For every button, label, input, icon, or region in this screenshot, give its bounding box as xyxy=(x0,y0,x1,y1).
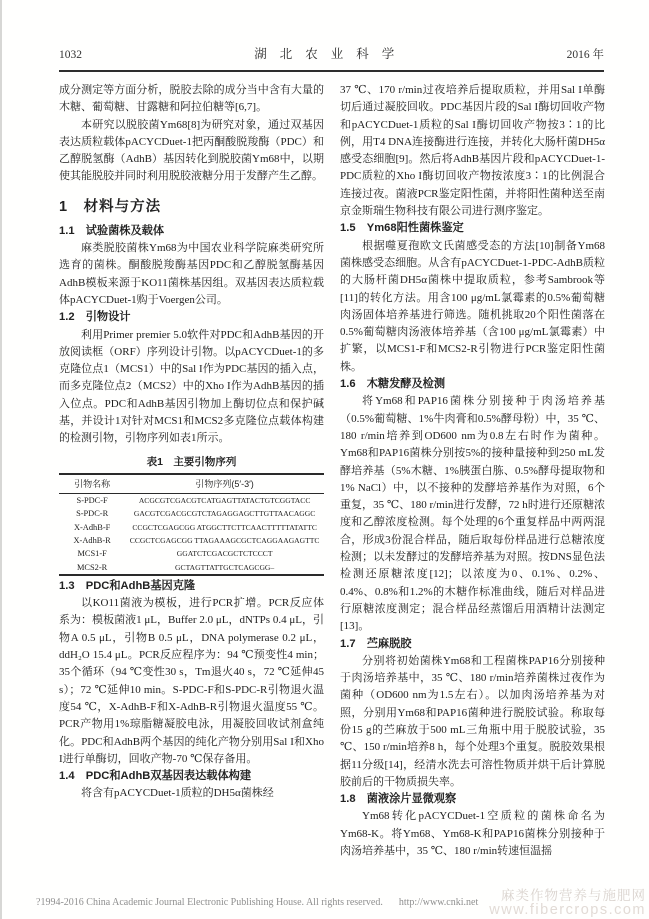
section-1-8-heading: 1.8 菌液涂片显微观察 xyxy=(340,791,605,808)
table-header-primer-name: 引物名称 xyxy=(59,474,125,494)
table-row: MCS1-F GGATCTCGACGCTCTCCCT xyxy=(59,547,324,560)
year-label: 2016 年 xyxy=(567,46,604,62)
section-1-6-text: 将Ym68和PAP16菌株分别接种于肉汤培养基（0.5%葡萄糖、1%牛肉膏和0.… xyxy=(340,393,605,635)
section-1-6-heading: 1.6 木糖发酵及检测 xyxy=(340,376,605,393)
primer-table: 引物名称 引物序列(5′-3′) S-PDC-F ACGCGTCGACGTCAT… xyxy=(59,473,324,576)
table-header-row: 引物名称 引物序列(5′-3′) xyxy=(59,474,324,494)
table-cell: GCTAGTTATTGCTCAGCGG– xyxy=(125,561,324,575)
section-1-7-heading: 1.7 苎麻脱胶 xyxy=(340,636,605,653)
right-column: 37 ℃、170 r/min过夜培养后提取质粒，并用Sal I单酶切后通过凝胶回… xyxy=(340,82,605,860)
page-number: 1032 xyxy=(59,49,82,61)
table-caption: 表1 主要引物序列 xyxy=(59,451,324,473)
section-1-8-text: Ym68转化pACYCDuet-1空质粒的菌株命名为Ym68-K。将Ym68、Y… xyxy=(340,808,605,860)
table-cell: MCS2-R xyxy=(59,561,125,575)
primer-table-block: 表1 主要引物序列 引物名称 引物序列(5′-3′) S-PDC-F ACGCG… xyxy=(59,451,324,576)
section-1-heading: 1 材料与方法 xyxy=(59,195,324,216)
table-row: X-AdhB-F CCGCTCGAGCGG ATGGCTTCTTCAACTTTT… xyxy=(59,520,324,533)
table-row: MCS2-R GCTAGTTATTGCTCAGCGG– xyxy=(59,561,324,575)
section-1-4-text: 将含有pACYCDuet-1质粒的DH5α菌株经 xyxy=(59,785,324,802)
cnki-url: http://www.cnki.net xyxy=(399,897,478,908)
paragraph-intro: 本研究以脱胶菌Ym68[8]为研究对象，通过双基因表达质粒载体pACYCDuet… xyxy=(59,117,324,186)
table-row: X-AdhB-R CCGCTCGAGCGG TTAGAAAGCGCTCAGGAA… xyxy=(59,534,324,547)
table-row: S-PDC-R GACGTCGACGCGTCTAGAGGAGCTTGTTAACA… xyxy=(59,507,324,520)
paragraph-continuation: 成分测定等方面分析，脱胶去除的成分当中含有大量的木糖、葡萄糖、甘露糖和阿拉伯糖等… xyxy=(59,82,324,117)
table-cell: ACGCGTCGACGTCATGAGTTATACTGTCGGTACC xyxy=(125,493,324,507)
paragraph-continuation: 37 ℃、170 r/min过夜培养后提取质粒，并用Sal I单酶切后通过凝胶回… xyxy=(340,82,605,220)
table-cell: GACGTCGACGCGTCTAGAGGAGCTTGTTAACAGGC xyxy=(125,507,324,520)
copyright-text: ?1994-2016 China Academic Journal Electr… xyxy=(36,897,383,908)
table-cell: S-PDC-R xyxy=(59,507,125,520)
table-cell: CCGCTCGAGCGG TTAGAAAGCGCTCAGGAAGAGTTC xyxy=(125,534,324,547)
page-header: 1032 湖北农业科学 2016 年 xyxy=(59,44,604,62)
section-1-1-text: 麻类脱胶菌株Ym68为中国农业科学院麻类研究所选育的菌株。酮酸脱羧酶基因PDC和… xyxy=(59,240,324,309)
page-footer: ?1994-2016 China Academic Journal Electr… xyxy=(36,897,596,908)
table-cell: MCS1-F xyxy=(59,547,125,560)
table-row: S-PDC-F ACGCGTCGACGTCATGAGTTATACTGTCGGTA… xyxy=(59,493,324,507)
section-1-3-heading: 1.3 PDC和AdhB基因克隆 xyxy=(59,578,324,595)
section-1-4-heading: 1.4 PDC和AdhB双基因表达载体构建 xyxy=(59,768,324,785)
table-cell: CCGCTCGAGCGG ATGGCTTCTTCAACTTTTTATATTC xyxy=(125,520,324,533)
table-header-primer-seq: 引物序列(5′-3′) xyxy=(125,474,324,494)
table-cell: S-PDC-F xyxy=(59,493,125,507)
section-1-5-heading: 1.5 Ym68阳性菌株鉴定 xyxy=(340,220,605,237)
section-1-5-text: 根据噬夏孢欧文氏菌感受态的方法[10]制备Ym68菌株感受态细胞。从含有pACY… xyxy=(340,238,605,376)
table-cell: X-AdhB-F xyxy=(59,520,125,533)
section-1-2-text: 利用Primer premier 5.0软件对PDC和AdhB基因的开放阅读框（… xyxy=(59,327,324,448)
header-rule xyxy=(59,70,604,72)
section-1-1-heading: 1.1 试验菌株及载体 xyxy=(59,223,324,240)
journal-page: 1032 湖北农业科学 2016 年 成分测定等方面分析，脱胶去除的成分当中含有… xyxy=(0,0,649,919)
journal-title: 湖北农业科学 xyxy=(254,44,407,62)
section-1-3-text: 以KO11菌液为模板，进行PCR扩增。PCR反应体系为：模板菌液1 μL，Buf… xyxy=(59,595,324,768)
table-cell: X-AdhB-R xyxy=(59,534,125,547)
section-1-2-heading: 1.2 引物设计 xyxy=(59,309,324,326)
section-1-7-text: 分别将初始菌株Ym68和工程菌株PAP16分别接种于肉汤培养基中，35 ℃、18… xyxy=(340,653,605,791)
table-cell: GGATCTCGACGCTCTCCCT xyxy=(125,547,324,560)
left-column: 成分测定等方面分析，脱胶去除的成分当中含有大量的木糖、葡萄糖、甘露糖和阿拉伯糖等… xyxy=(59,82,324,803)
